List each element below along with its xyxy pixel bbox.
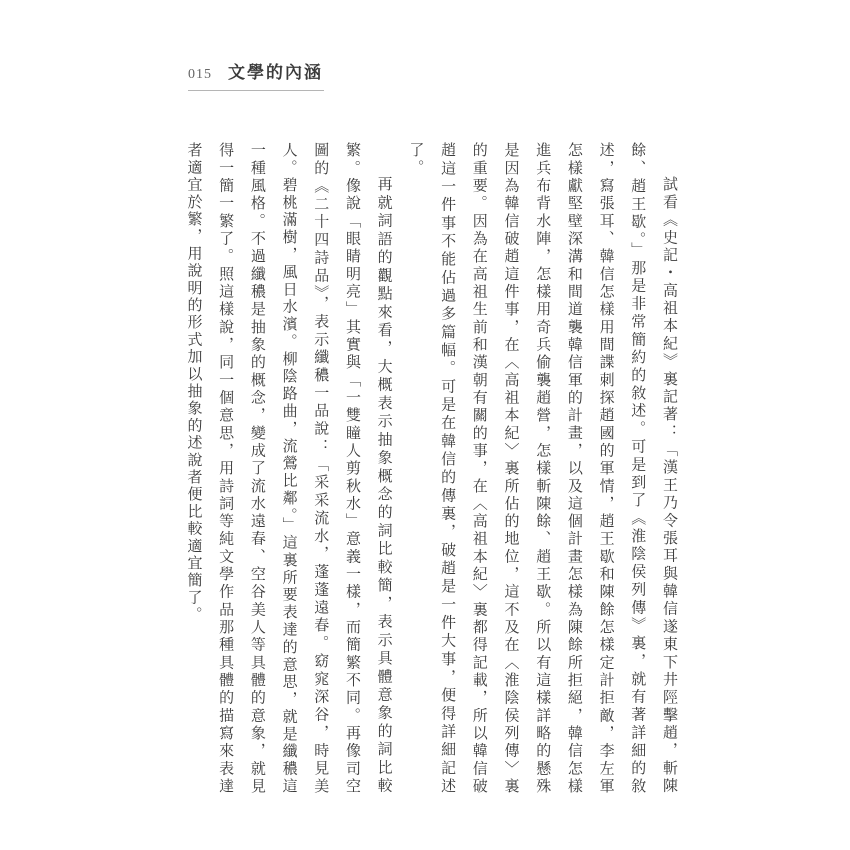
page-number: 015 — [188, 67, 212, 82]
page-header: 015文學的內涵 — [188, 58, 324, 91]
paragraph-yuefu-folk-song: 又像漢樂府民歌：「江南可采蓮，蓮葉何田田。魚戲蓮葉間。魚戲蓮葉東，魚戲蓮 — [176, 142, 177, 795]
chapter-title: 文學的內涵 — [228, 63, 323, 82]
paragraph-shiji-example: 試看《史記・高祖本紀》裏記著：「漢王乃令張耳與韓信遂東下井陘擊趙，斬陳餘、趙王歇… — [399, 142, 684, 795]
paragraph-diction-abstract-concrete: 再就詞語的觀點來看，大概表示抽象概念的詞比較簡，表示具體意象的詞比較繁。像說「眼… — [177, 142, 399, 795]
book-page: 015文學的內涵 試看《史記・高祖本紀》裏記著：「漢王乃令張耳與韓信遂東下井陘擊… — [0, 0, 850, 850]
body-text: 試看《史記・高祖本紀》裏記著：「漢王乃令張耳與韓信遂東下井陘擊趙，斬陳餘、趙王歇… — [176, 142, 684, 795]
